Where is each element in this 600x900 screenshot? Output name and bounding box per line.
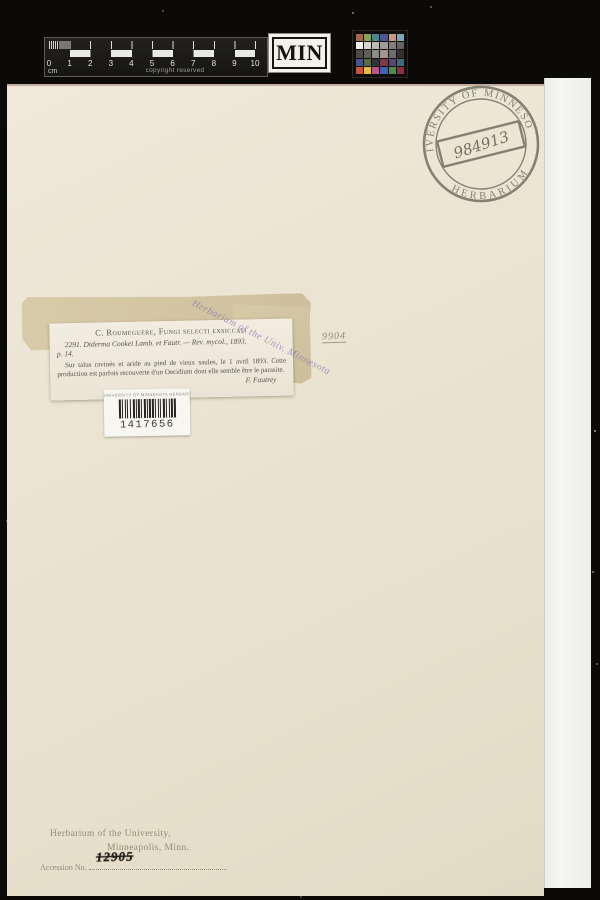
color-patch [389, 67, 396, 74]
ruler-number: 3 [109, 59, 113, 68]
color-patch [389, 50, 396, 57]
color-patch [356, 50, 363, 57]
institution-code-frame: MIN [272, 37, 327, 69]
color-patch [389, 59, 396, 66]
color-patch [364, 67, 371, 74]
color-patch [364, 59, 371, 66]
barcode-number: 1417656 [104, 418, 190, 431]
color-patch [389, 34, 396, 41]
color-patch [397, 67, 404, 74]
barcode-bar [173, 399, 175, 418]
ruler-number: 0 [47, 59, 51, 68]
color-patch-grid [356, 34, 404, 74]
scale-bar-unit: cm [48, 68, 57, 75]
ruler-number: 9 [232, 59, 236, 68]
imprint-line1: Herbarium of the University, [50, 829, 171, 839]
color-patch [372, 42, 379, 49]
ruler-number: 10 [251, 59, 260, 68]
color-patch [356, 67, 363, 74]
color-patch [389, 42, 396, 49]
scale-bar-copyright: copyright reserved [125, 67, 225, 74]
color-patch [356, 34, 363, 41]
accession-label: Accession No. [40, 863, 87, 872]
dust-specks [0, 0, 2, 2]
accession-number-struck: 12905 [96, 849, 134, 866]
color-patch [380, 50, 387, 57]
color-patch [356, 59, 363, 66]
ruler-number: 1 [67, 59, 71, 68]
pencil-annotation: 9904 [322, 331, 346, 344]
barcode-bars [104, 398, 190, 418]
color-patch [397, 50, 404, 57]
color-patch [364, 42, 371, 49]
color-patch [380, 59, 387, 66]
scale-bar: 012345678910 cm copyright reserved [44, 37, 268, 77]
color-patch [380, 42, 387, 49]
institution-code-label: MIN [276, 42, 323, 64]
color-patch [372, 67, 379, 74]
ruler-number: 2 [88, 59, 92, 68]
color-patch [372, 34, 379, 41]
institution-code-card: MIN [268, 33, 331, 73]
scale-bar-mm-ticks [49, 41, 70, 49]
color-patch [364, 34, 371, 41]
color-patch [372, 50, 379, 57]
color-patch [372, 59, 379, 66]
barcode-label: UNIVERSITY OF MINNESOTA HERBARIUM 141765… [104, 388, 191, 436]
color-patch [364, 50, 371, 57]
color-patch [356, 42, 363, 49]
scale-bar-segments [70, 50, 255, 57]
color-patch [397, 42, 404, 49]
color-patch [397, 34, 404, 41]
color-patch [380, 67, 387, 74]
color-patch [380, 34, 387, 41]
barcode-micro-text: UNIVERSITY OF MINNESOTA HERBARIUM [104, 391, 190, 398]
scale-bar-cm-ticks [49, 41, 257, 49]
color-patch [397, 59, 404, 66]
color-calibration-target [352, 30, 408, 78]
